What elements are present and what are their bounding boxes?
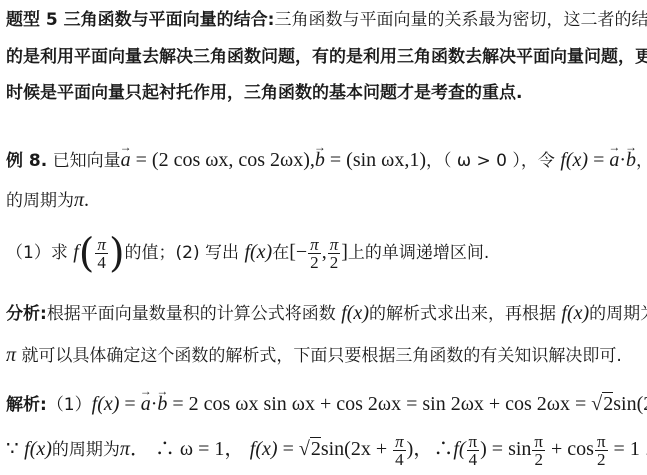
question-line: （1）求 f(π4)的值；(2) 写出 f(x)在[−π2,π2]上的单调递增区… <box>6 232 489 274</box>
vector-b: b <box>315 150 325 170</box>
solution-line-2: ∵ f(x)的周期为π． ∴ ω = 1， f(x) = √2sin(2x + … <box>6 433 647 468</box>
intro-line-2: 的是利用平面向量去解决三角函数问题，有的是利用三角函数去解决平面向量问题，更多的 <box>6 47 647 67</box>
solution-line-1: 解析:（1）f(x) = a·b = 2 cos ωx sin ωx + cos… <box>6 388 647 423</box>
solution-label: 解析: <box>6 395 47 415</box>
intro-line-1: 题型 5 三角函数与平面向量的结合:三角函数与平面向量的关系最为密切，这二者的结… <box>6 10 647 30</box>
intro-line-3: 时候是平面向量只起衬托作用，三角函数的基本问题才是考查的重点. <box>6 83 522 103</box>
analysis-label: 分析: <box>6 304 47 324</box>
example-label: 例 8. <box>6 151 47 171</box>
example-line-2: 的周期为π. <box>6 190 89 211</box>
example-line-1: 例 8. 已知向量a = (2 cos ωx, cos 2ωx),b = (si… <box>6 150 647 171</box>
analysis-line-1: 分析:根据平面向量数量积的计算公式将函数 f(x)的解析式求出来，再根据 f(x… <box>6 303 647 324</box>
topic-heading: 题型 5 三角函数与平面向量的结合: <box>6 10 274 30</box>
analysis-line-2: π 就可以具体确定这个函数的解析式，下面只要根据三角函数的有关知识解决即可. <box>6 345 622 366</box>
vector-a: a <box>121 150 131 170</box>
